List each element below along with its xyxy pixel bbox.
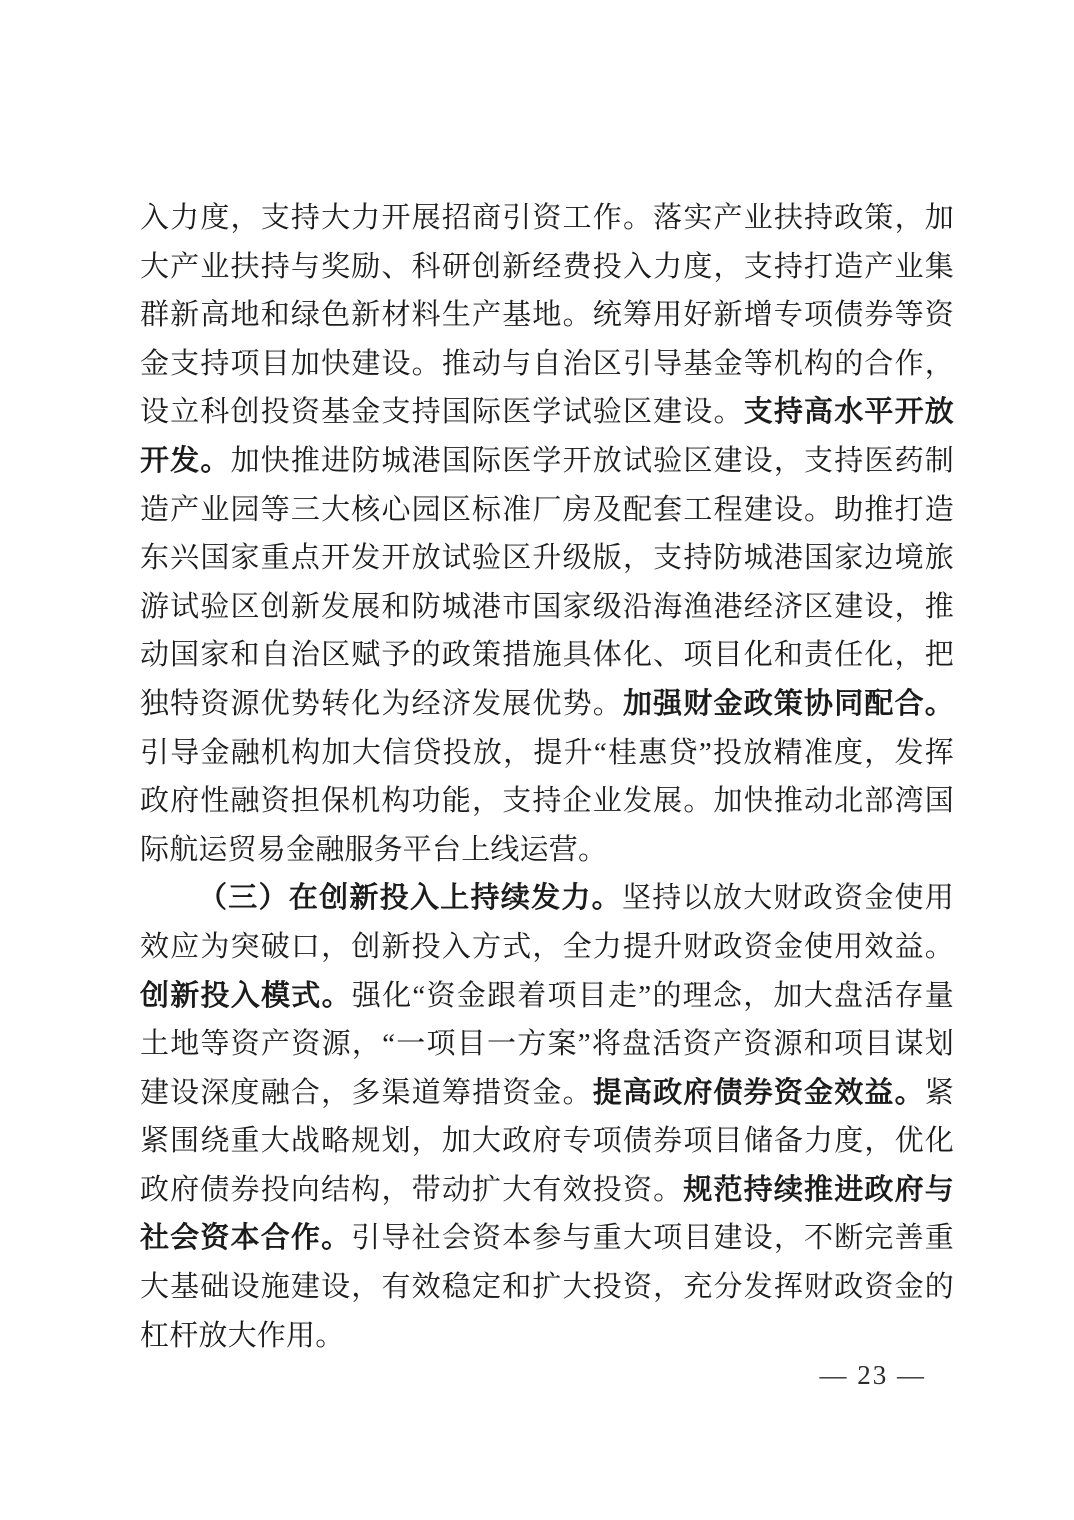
bold-heading-inline: 加强财金政策协同配合。 xyxy=(623,688,954,720)
bold-heading-inline: 创新投入模式。 xyxy=(140,980,352,1012)
paragraph-section-3: （三）在创新投入上持续发力。坚持以放大财政资金使用效应为突破口，创新投入方式，全… xyxy=(140,874,954,1360)
bold-heading-inline: 提高政府债券资金效益。 xyxy=(593,1077,925,1109)
paragraph-continuation: 入力度，支持大力开展招商引资工作。落实产业扶持政策，加大产业扶持与奖励、科研创新… xyxy=(140,194,954,874)
document-body: 入力度，支持大力开展招商引资工作。落实产业扶持政策，加大产业扶持与奖励、科研创新… xyxy=(140,194,954,1360)
document-page: 入力度，支持大力开展招商引资工作。落实产业扶持政策，加大产业扶持与奖励、科研创新… xyxy=(0,0,1074,1520)
text-run: 入力度，支持大力开展招商引资工作。落实产业扶持政策，加大产业扶持与奖励、科研创新… xyxy=(140,202,954,428)
text-run: 引导金融机构加大信贷投放，提升“桂惠贷”投放精准度，发挥政府性融资担保机构功能，… xyxy=(140,737,954,866)
text-run: 加快推进防城港国际医学开放试验区建设，支持医药制造产业园等三大核心园区标准厂房及… xyxy=(140,445,954,720)
page-number: — 23 — xyxy=(820,1360,927,1391)
section-heading-inline: （三）在创新投入上持续发力。 xyxy=(198,882,622,914)
